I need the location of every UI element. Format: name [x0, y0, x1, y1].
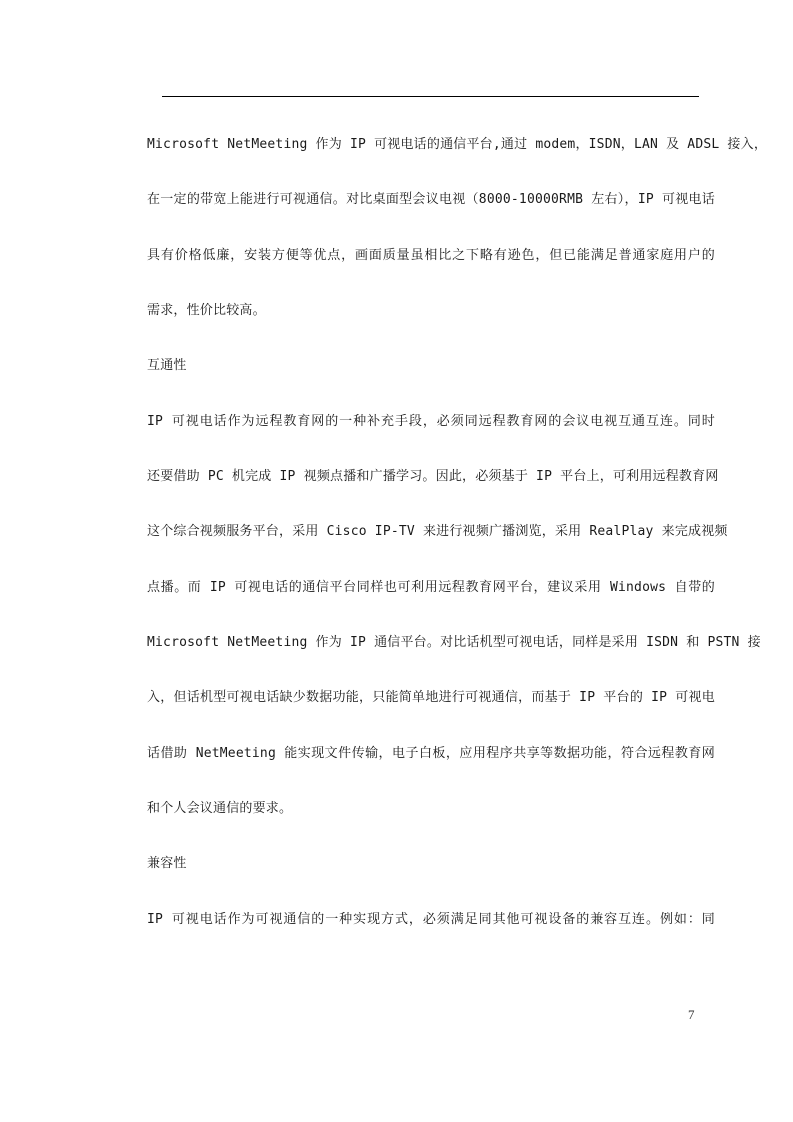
- page-number: 7: [688, 1007, 695, 1023]
- paragraph-1-line-1: Microsoft NetMeeting 作为 IP 可视电话的通信平台,通过 …: [147, 134, 715, 189]
- section-heading-compatibility: 兼容性: [147, 853, 715, 908]
- paragraph-2-line-1: IP 可视电话作为远程教育网的一种补充手段，必须同远程教育网的会议电视互通互连。…: [147, 411, 715, 466]
- paragraph-2-line-6: 入，但话机型可视电话缺少数据功能，只能简单地进行可视通信，而基于 IP 平台的 …: [147, 687, 715, 742]
- paragraph-2-line-2: 还要借助 PC 机完成 IP 视频点播和广播学习。因此，必须基于 IP 平台上，…: [147, 466, 715, 521]
- paragraph-1-line-4: 需求，性价比较高。: [147, 300, 715, 355]
- paragraph-2-line-4: 点播。而 IP 可视电话的通信平台同样也可利用远程教育网平台，建议采用 Wind…: [147, 577, 715, 632]
- document-body: Microsoft NetMeeting 作为 IP 可视电话的通信平台,通过 …: [147, 134, 715, 964]
- paragraph-2-line-3: 这个综合视频服务平台，采用 Cisco IP-TV 来进行视频广播浏览，采用 R…: [147, 521, 715, 576]
- paragraph-1-line-3: 具有价格低廉，安装方便等优点，画面质量虽相比之下略有逊色，但已能满足普通家庭用户…: [147, 245, 715, 300]
- header-rule: [162, 96, 699, 97]
- paragraph-3-line-1: IP 可视电话作为可视通信的一种实现方式，必须满足同其他可视设备的兼容互连。例如…: [147, 909, 715, 964]
- paragraph-2-line-8: 和个人会议通信的要求。: [147, 798, 715, 853]
- paragraph-2-line-5: Microsoft NetMeeting 作为 IP 通信平台。对比话机型可视电…: [147, 632, 715, 687]
- paragraph-1-line-2: 在一定的带宽上能进行可视通信。对比桌面型会议电视（8000-10000RMB 左…: [147, 189, 715, 244]
- paragraph-2-line-7: 话借助 NetMeeting 能实现文件传输，电子白板，应用程序共享等数据功能，…: [147, 743, 715, 798]
- section-heading-interoperability: 互通性: [147, 355, 715, 410]
